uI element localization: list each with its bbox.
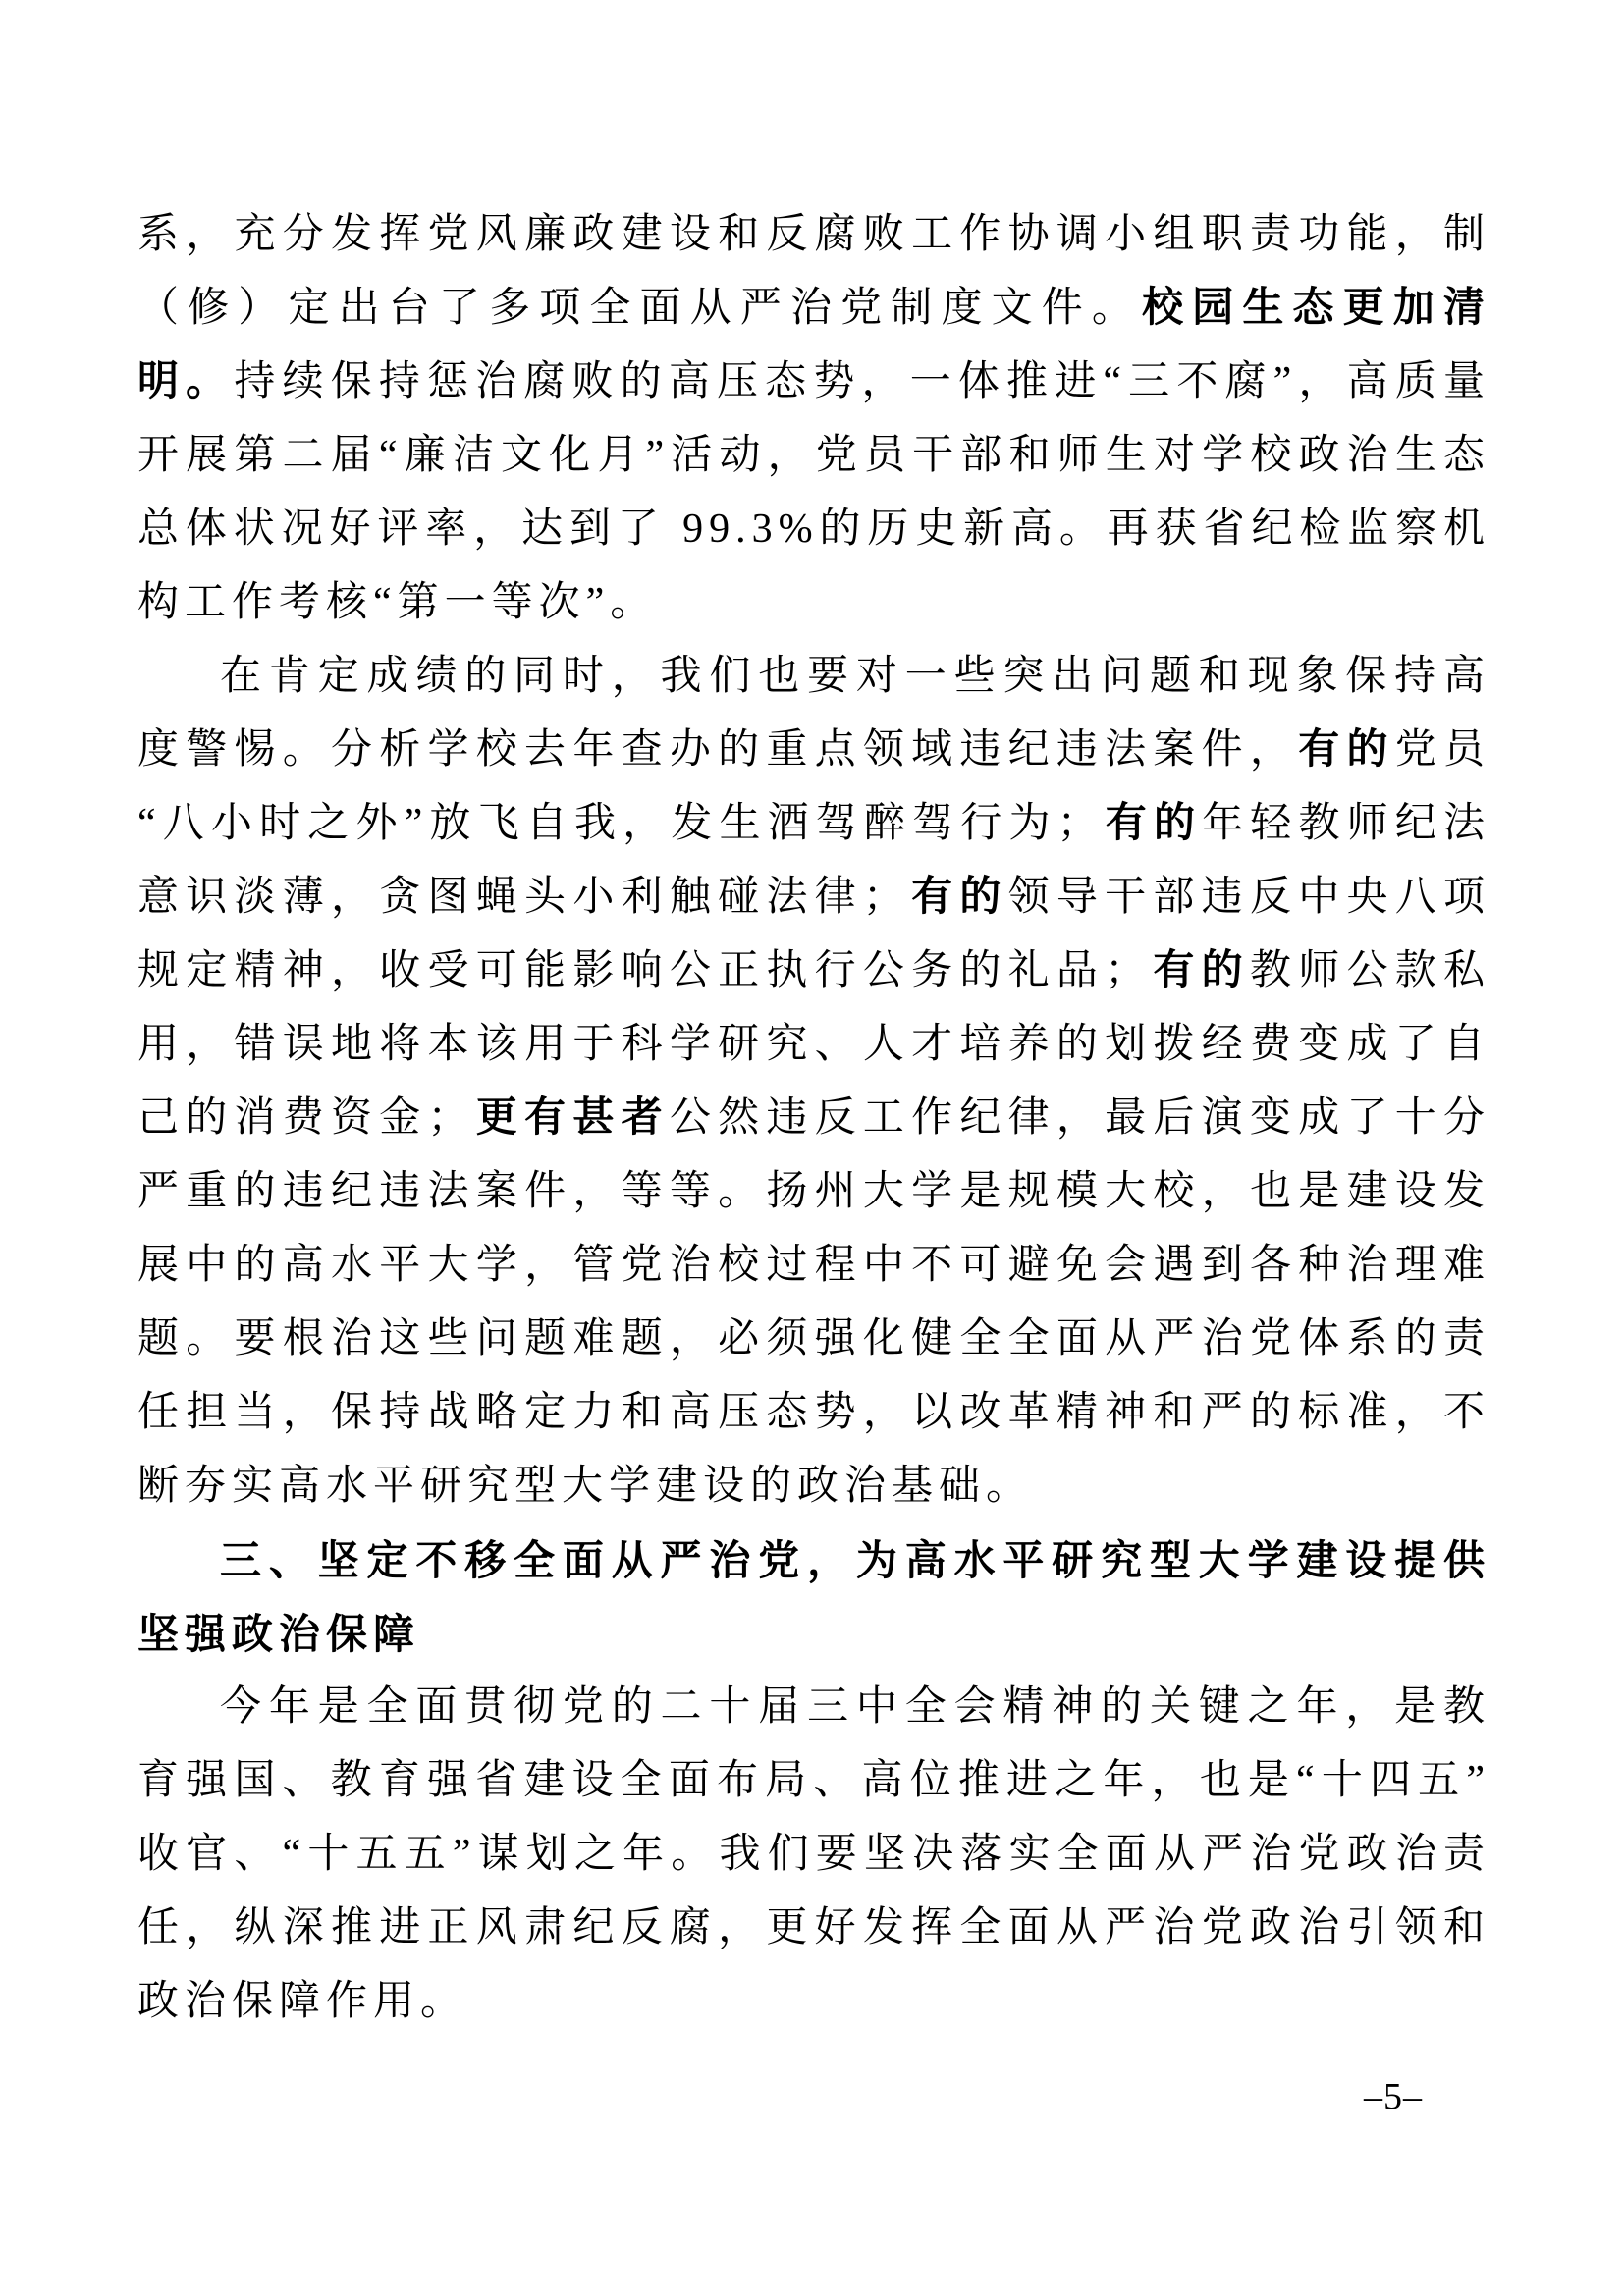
text-run: 持续保持惩治腐败的高压态势，一体推进“三不腐”，高质量开展第二届“廉洁文化月”活… — [137, 359, 1490, 625]
page-number: –5– — [1364, 2073, 1423, 2120]
document-body: 系，充分发挥党风廉政建设和反腐败工作协调小组职责功能，制（修）定出台了多项全面从… — [137, 198, 1490, 2039]
paragraph-continued: 系，充分发挥党风廉政建设和反腐败工作协调小组职责功能，制（修）定出台了多项全面从… — [137, 198, 1490, 640]
text-run-bold: 更有甚者 — [475, 1095, 670, 1141]
text-run-bold: 有的 — [1152, 948, 1250, 993]
text-run-bold: 有的 — [1298, 727, 1395, 773]
text-run: 在肯定成绩的同时，我们也要对一些突出问题和现象保持高度警惕。分析学校去年查办的重… — [137, 654, 1490, 773]
text-run-bold: 有的 — [910, 875, 1008, 920]
document-page: 系，充分发挥党风廉政建设和反腐败工作协调小组职责功能，制（修）定出台了多项全面从… — [0, 0, 1624, 2296]
paragraph-problems: 在肯定成绩的同时，我们也要对一些突出问题和现象保持高度警惕。分析学校去年查办的重… — [137, 640, 1490, 1523]
section-heading-3: 三、坚定不移全面从严治党，为高水平研究型大学建设提供坚强政治保障 — [137, 1523, 1490, 1671]
paragraph-outlook: 今年是全面贯彻党的二十届三中全会精神的关键之年，是教育强国、教育强省建设全面布局… — [137, 1671, 1490, 2039]
text-run-bold: 有的 — [1105, 801, 1203, 846]
text-run: 公然违反工作纪律，最后演变成了十分严重的违纪违法案件，等等。扬州大学是规模大校，… — [137, 1095, 1490, 1509]
